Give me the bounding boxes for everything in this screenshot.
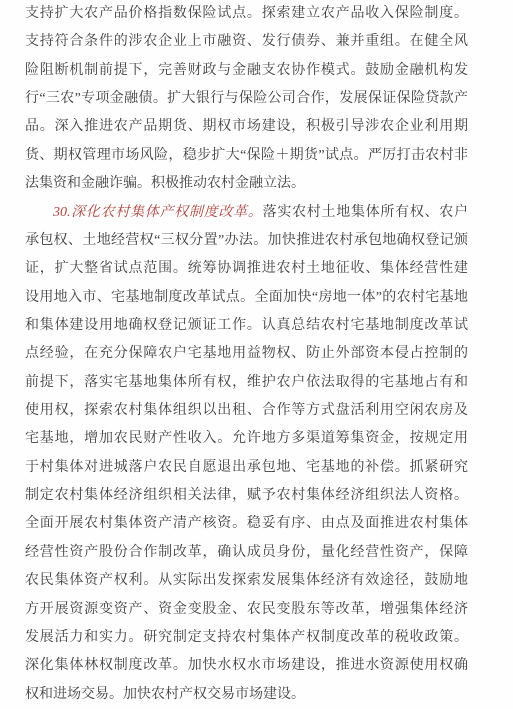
text-line: 前提下，落实宅基地集体所有权，维护农户依法取得的宅基地占有和 <box>25 369 468 397</box>
text-line: 证，扩大整省试点范围。统筹协调推进农村土地征收、集体经营性建 <box>25 255 468 283</box>
text-line: 深化集体林权制度改革。加快水权水市场建设，推进水资源使用权确 <box>25 652 468 680</box>
text-run: 落实农村土地集体所有权、农户 <box>263 205 468 220</box>
text-line: 点经验，在充分保障农户宅基地用益物权、防止外部资本侵占控制的 <box>25 340 468 368</box>
text-line: 农民集体资产权利。从实际出发探索发展集体经济有效途径，鼓励地 <box>25 567 468 595</box>
text-line: 货、期权管理市场风险，稳步扩大“保险＋期货”试点。严厉打击农村非 <box>25 142 468 170</box>
text-line: 权和进场交易。加快农村产权交易市场建设。 <box>25 681 468 709</box>
text-line: 支持扩大农产品价格指数保险试点。探索建立农产品收入保险制度。 <box>25 0 468 28</box>
text-line: 行“三农”专项金融债。扩大银行与保险公司合作，发展保证保险贷款产 <box>25 85 468 113</box>
text-line: 法集资和金融诈骗。积极推动农村金融立法。 <box>25 170 468 198</box>
text-line: 品。深入推进农产品期货、期权市场建设，积极引导涉农企业利用期 <box>25 113 468 141</box>
text-line: 和集体建设用地确权登记颁证工作。认真总结农村宅基地制度改革试 <box>25 312 468 340</box>
text-line: 承包权、土地经营权“三权分置”办法。加快推进农村承包地确权登记颁 <box>25 227 468 255</box>
text-line: 于村集体对进城落户农民自愿退出承包地、宅基地的补偿。抓紧研究 <box>25 454 468 482</box>
text-line: 发展活力和实力。研究制定支持农村集体产权制度改革的税收政策。 <box>25 624 468 652</box>
text-line: 方开展资源变资产、资金变股金、农民变股东等改革，增强集体经济 <box>25 596 468 624</box>
text-line: 支持符合条件的涉农企业上市融资、发行债券、兼并重组。在健全风 <box>25 28 468 56</box>
section-heading-30: 30.深化农村集体产权制度改革。 <box>53 205 263 220</box>
text-line: 设用地入市、宅基地制度改革试点。全面加快“房地一体”的农村宅基地 <box>25 284 468 312</box>
text-line: 经营性资产股份合作制改革，确认成员身份，量化经营性资产，保障 <box>25 539 468 567</box>
paragraph-finance: 支持扩大农产品价格指数保险试点。探索建立农产品收入保险制度。 支持符合条件的涉农… <box>25 0 468 199</box>
text-line: 使用权，探索农村集体组织以出租、合作等方式盘活利用空闲农房及 <box>25 397 468 425</box>
paragraph-collective-property-reform: 30.深化农村集体产权制度改革。落实农村土地集体所有权、农户 承包权、土地经营权… <box>25 199 468 709</box>
text-line: 全面开展农村集体资产清产核资。稳妥有序、由点及面推进农村集体 <box>25 510 468 538</box>
text-line: 险阻断机制前提下，完善财政与金融支农协作模式。鼓励金融机构发 <box>25 57 468 85</box>
text-line-with-heading: 30.深化农村集体产权制度改革。落实农村土地集体所有权、农户 <box>25 199 468 227</box>
document-page: 支持扩大农产品价格指数保险试点。探索建立农产品收入保险制度。 支持符合条件的涉农… <box>0 0 513 709</box>
text-line: 制定农村集体经济组织相关法律，赋予农村集体经济组织法人资格。 <box>25 482 468 510</box>
text-line: 宅基地，增加农民财产性收入。允许地方多渠道筹集资金，按规定用 <box>25 425 468 453</box>
